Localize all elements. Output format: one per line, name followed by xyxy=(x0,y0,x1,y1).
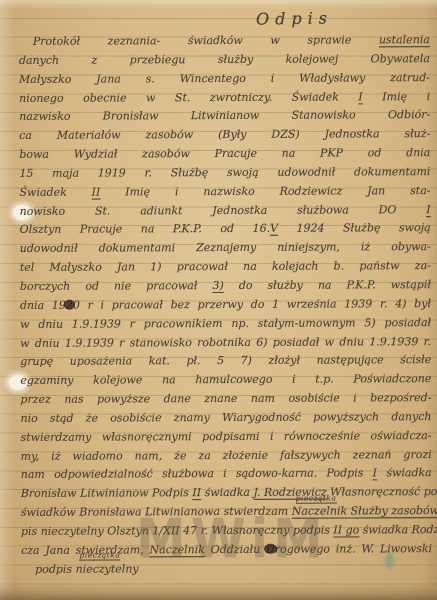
text-segment: stwierdzamy własnoręcznymi podpisami i r… xyxy=(21,429,432,444)
text-segment: grupę uposażenia kat. pł. 5 7) złożył na… xyxy=(20,353,431,368)
text-line: Małyszko Jana s. Wincentego i Władysławy… xyxy=(19,69,430,90)
text-line: ca Materiałów zasobów (Były DZS) Jednost… xyxy=(19,125,430,146)
text-segment: Imię i xyxy=(363,90,430,103)
text-segment: 3) xyxy=(212,279,223,292)
text-line: w dniu 1.9.1939 r pracownikiem np. stały… xyxy=(20,314,431,335)
document-title: Odpis xyxy=(256,8,333,28)
text-line: stwierdzamy własnoręcznymi podpisami i r… xyxy=(21,427,432,448)
text-segment: Olsztyn Pracuje na P.K.P. od 16. xyxy=(20,222,270,236)
text-segment: do służby na P.K.P. wstąpił xyxy=(224,278,431,292)
text-line: tel Małyszko Jan 1) pracował na kolejach… xyxy=(20,257,431,278)
text-segment: ustalenia xyxy=(379,33,430,46)
text-line: nowisko St. adiunkt Jednostka służbowa D… xyxy=(20,201,431,222)
text-line: nionego obecnie w St. zwrotniczy. Świade… xyxy=(19,88,430,109)
text-segment: rogowego inż. W. Liwowski xyxy=(275,542,432,556)
text-line: nazwisko Bronisław Litwinianow Stanowisk… xyxy=(19,106,430,127)
scanned-document-page: Odpis Protokół zeznania- świadków w spra… xyxy=(0,0,437,600)
document-body: Protokół zeznania- świadków w sprawie us… xyxy=(19,31,432,579)
text-line: grupę uposażenia kat. pł. 5 7) złożył na… xyxy=(20,351,431,372)
text-segment: 15 maja 1919 r. Służbę swoją udowodnił d… xyxy=(19,165,430,180)
text-line: nam odpowiedzialność służbowa i sądowo-k… xyxy=(21,465,432,486)
text-line: 15 maja 1919 r. Służbę swoją udowodnił d… xyxy=(19,163,430,184)
text-segment: nieczytelnypieczątka xyxy=(76,560,139,579)
text-segment: nowisko St. adiunkt Jednostka służbowa D… xyxy=(20,203,427,218)
text-segment: 2 xyxy=(66,298,73,311)
text-segment: świadka xyxy=(377,467,432,480)
text-segment: my, iż wiadomo nam, że za złożenie fałsz… xyxy=(21,448,432,463)
text-segment: udowodnił dokumentami Zeznajemy niniejsz… xyxy=(20,240,431,255)
text-segment: świadka xyxy=(201,486,253,499)
text-segment: I xyxy=(426,203,430,216)
stamp-annotation: pieczątka xyxy=(79,552,120,561)
text-segment: Małyszko Jana s. Wincentego i Władysławy… xyxy=(19,71,430,86)
text-line: egzaminy kolejowe na hamulcowego i t.p. … xyxy=(20,370,431,391)
text-segment: w dniu 1.9.1939 r pracownikiem np. stały… xyxy=(20,316,431,331)
text-segment: pis nieczytelny Olsztyn 1/XII 47 r. Włas… xyxy=(21,523,333,537)
text-line: Protokół zeznania- świadków w sprawie us… xyxy=(19,31,430,52)
stamp-annotation: pieczątka xyxy=(296,494,337,503)
text-segment: świadka Rodziewi- xyxy=(359,523,437,536)
text-segment: bowa Wydział zasobów Pracuje na PKP od d… xyxy=(19,146,430,161)
text-segment: Naczelnik Służby zasobówpieczątka xyxy=(292,502,437,521)
text-segment: nazwisko Bronisław Litwinianow Stanowisk… xyxy=(19,108,430,123)
text-segment: nam odpowiedzialność służbowa i sądowo-k… xyxy=(21,467,373,482)
text-segment: nionego obecnie w St. zwrotniczy. Świade… xyxy=(19,90,358,104)
text-segment: w dniu 1.9.1939 r stanowisko robotnika 6… xyxy=(20,335,431,350)
text-segment: 0 r i pracował bez przerwy do 1 września… xyxy=(73,297,431,312)
text-segment: Świadek xyxy=(19,185,91,198)
text-line: pis nieczytelny Olsztyn 1/XII 47 r. Włas… xyxy=(21,521,432,542)
text-segment: tel Małyszko Jan 1) pracował na kolejach… xyxy=(20,259,431,274)
text-line: przez nas powyższe dane znane nam osobiś… xyxy=(20,389,431,410)
text-line: podpis nieczytelnypieczątka xyxy=(21,559,432,580)
text-segment: II xyxy=(192,486,201,499)
text-segment: II go xyxy=(333,523,359,536)
text-segment: podpis xyxy=(35,562,75,575)
text-segment: II xyxy=(92,185,101,198)
text-segment: borczych od nie pracował xyxy=(20,279,213,293)
text-segment: Naczelnik xyxy=(149,543,204,556)
text-line: Bronisław Litwinianow Podpis II świadka … xyxy=(21,483,432,504)
text-segment: D xyxy=(266,543,275,556)
text-segment: Imię i nazwisko Rodziewicz Jan sta- xyxy=(100,184,430,198)
text-segment: Własnoręczność podpisów xyxy=(327,485,437,499)
text-line: nio stąd że osobiście znamy Wiarygodność… xyxy=(20,408,431,429)
text-segment: Oddziału xyxy=(205,543,266,556)
text-line: udowodnił dokumentami Zeznajemy niniejsz… xyxy=(20,238,431,259)
text-segment: świadków Bronisława Litwinianowa stwierd… xyxy=(21,505,292,519)
text-line: Olsztyn Pracuje na P.K.P. od 16.V 1924 S… xyxy=(20,220,431,241)
ink-smudge xyxy=(385,552,394,569)
text-segment: danych z przebiegu służby kolejowej Obyw… xyxy=(19,52,430,67)
text-line: my, iż wiadomo nam, że za złożenie fałsz… xyxy=(21,446,432,467)
text-line: borczych od nie pracował 3) do służby na… xyxy=(20,276,431,297)
text-line: danych z przebiegu służby kolejowej Obyw… xyxy=(19,50,430,71)
text-line: bowa Wydział zasobów Pracuje na PKP od d… xyxy=(19,144,430,165)
text-segment: przez nas powyższe dane znane nam osobiś… xyxy=(20,391,431,406)
text-line: Świadek II Imię i nazwisko Rodziewicz Ja… xyxy=(19,182,430,203)
text-segment: dnia 19 xyxy=(20,299,66,312)
text-segment: 1924 Służbę swoją xyxy=(278,222,431,236)
text-line: w dniu 1.9.1939 r stanowisko robotnika 6… xyxy=(20,333,431,354)
text-segment: Protokół zeznania- świadków w sprawie xyxy=(33,33,379,48)
text-segment: ca Materiałów zasobów (Były DZS) Jednost… xyxy=(19,127,430,142)
text-segment: Bronisław Litwinianow Podpis xyxy=(21,486,193,500)
text-segment: egzaminy kolejowe na hamulcowego i t.p. … xyxy=(20,372,431,387)
text-segment: nio stąd że osobiście znamy Wiarygodność… xyxy=(20,410,431,425)
text-line: dnia 1920 r i pracował bez przerwy do 1 … xyxy=(20,295,431,316)
text-line: świadków Bronisława Litwinianowa stwierd… xyxy=(21,502,432,523)
